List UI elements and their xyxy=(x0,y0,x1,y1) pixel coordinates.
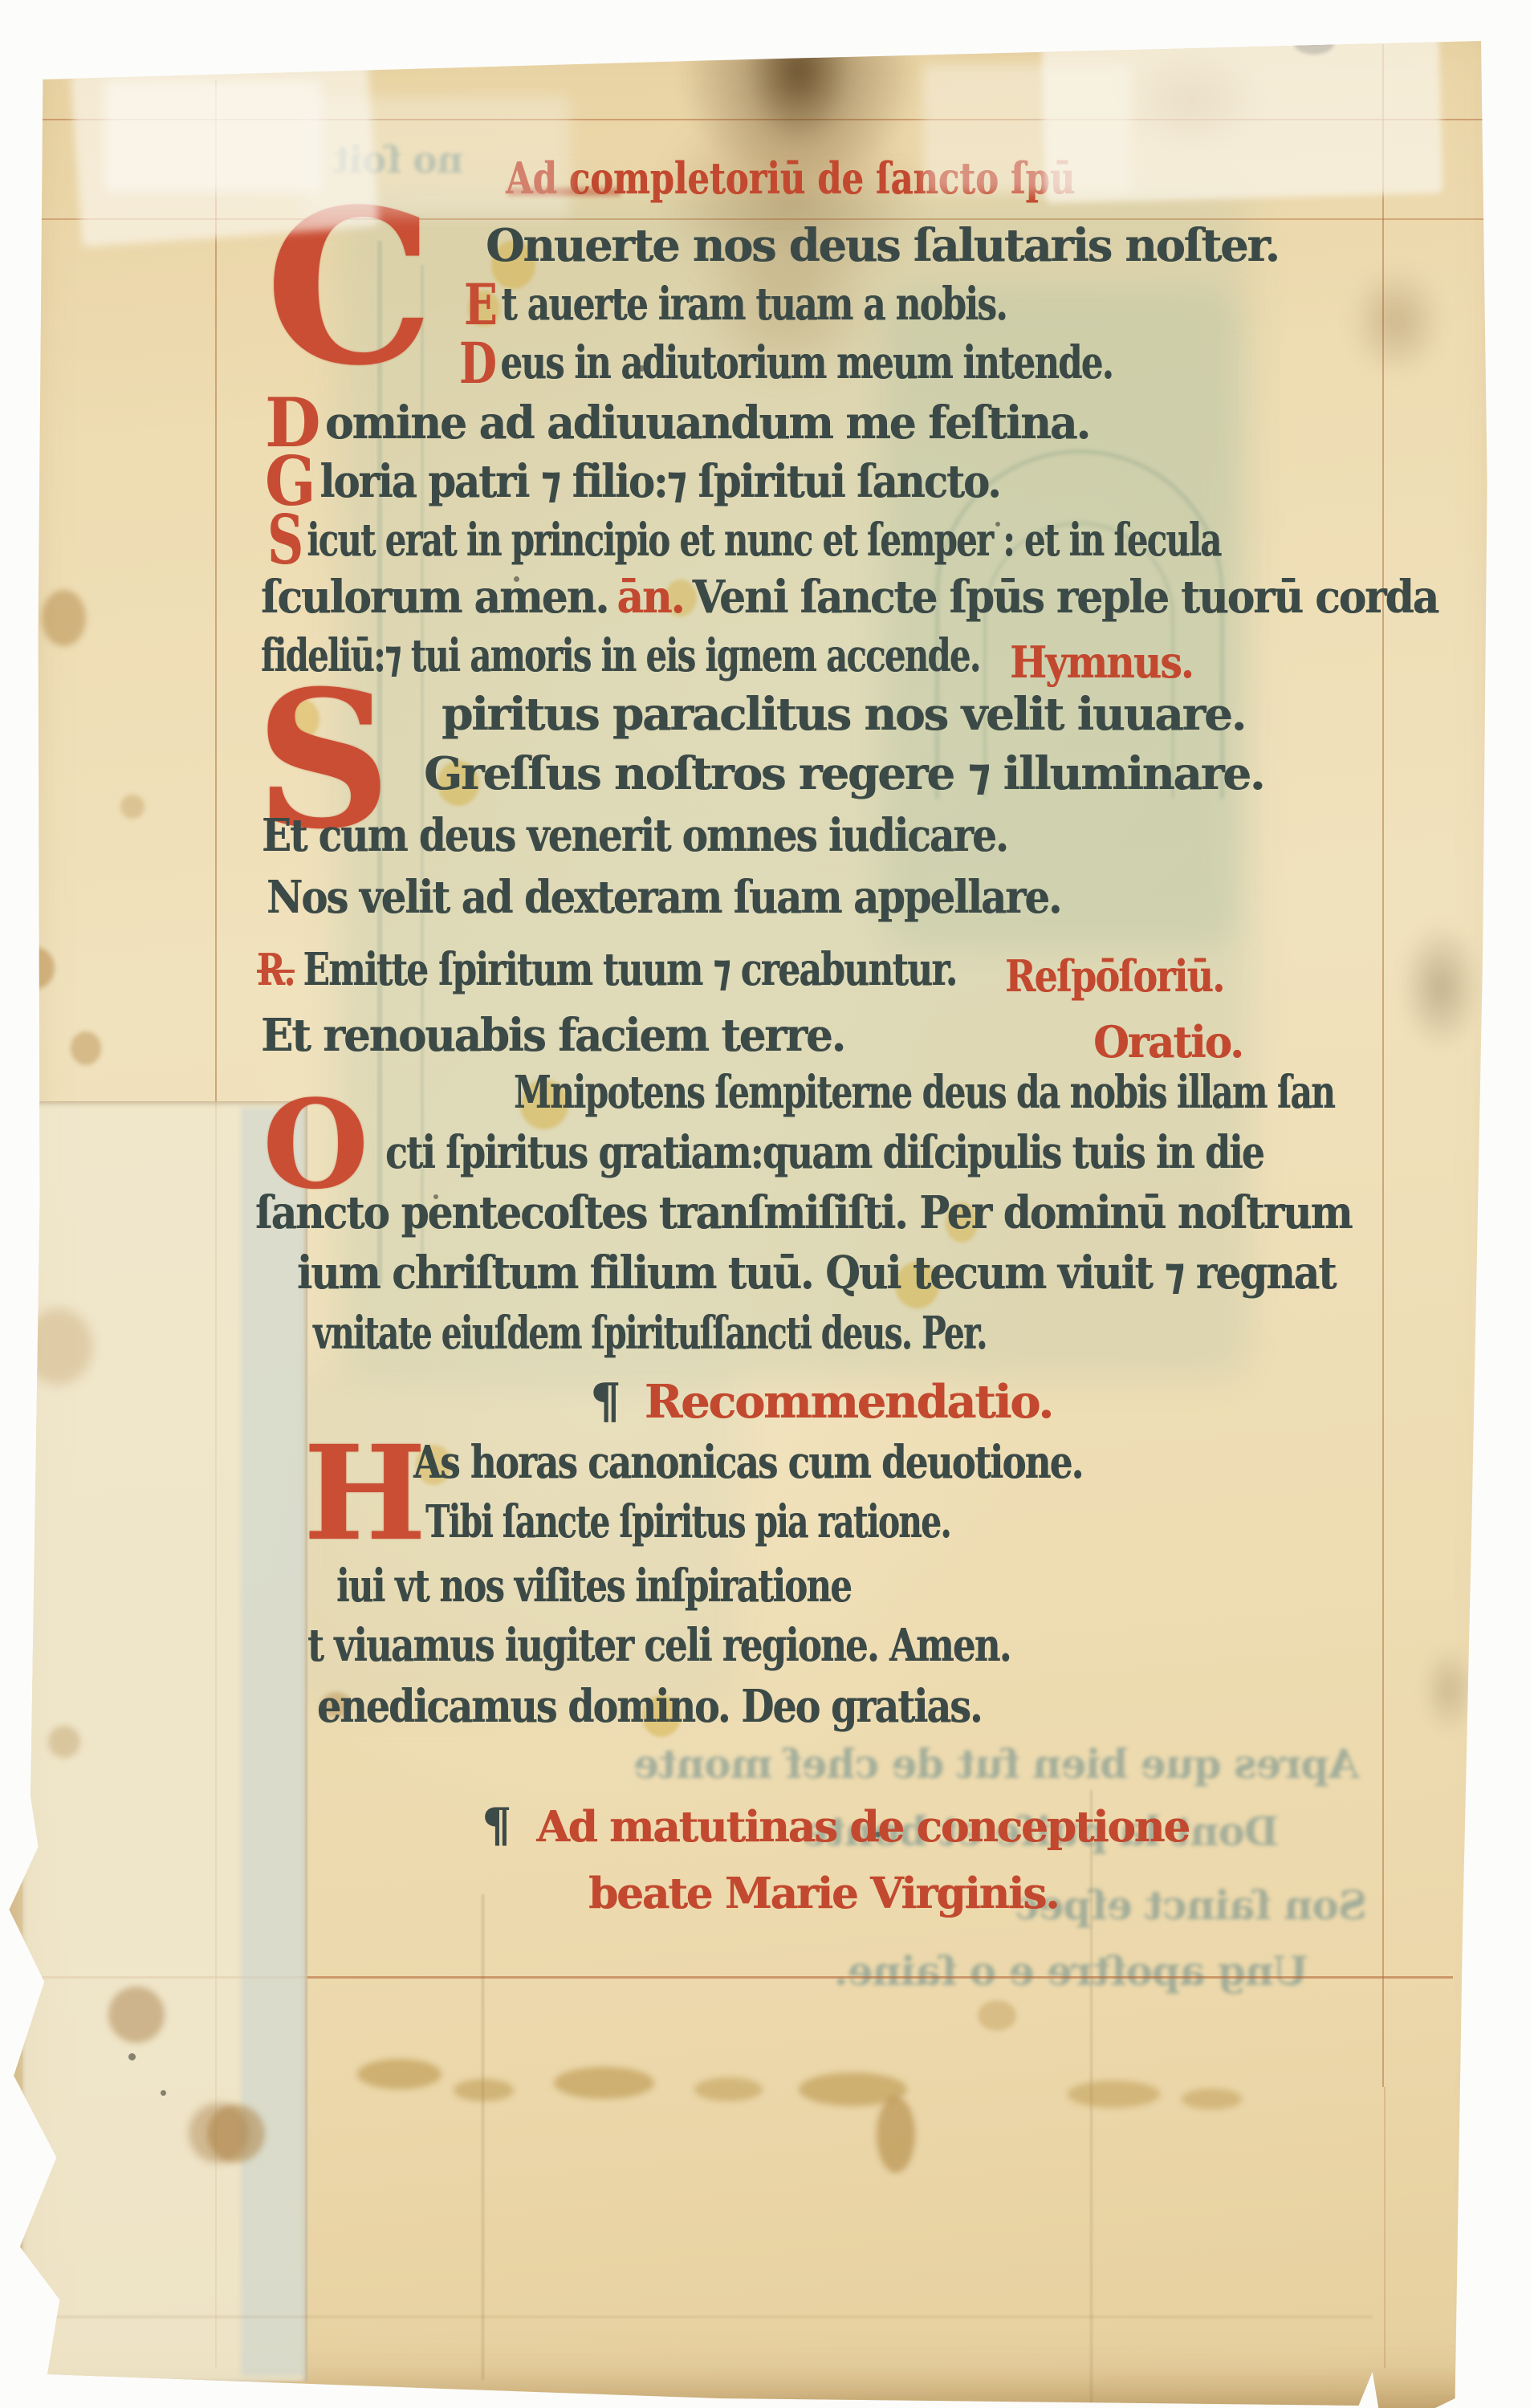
text-line: Domine ad adiuuandum me feſtina. xyxy=(265,399,1089,447)
show-through-text: Apres que bien fut de chef monte xyxy=(634,1740,1359,1788)
text-line: Greſſus noſtros regere ⁊ illuminare. xyxy=(424,751,1263,796)
section-title: Ad matutinas de conceptione xyxy=(536,1802,1189,1852)
line-text: As horas canonicas cum deuotione. xyxy=(413,1436,1083,1489)
line-text: Nos velit ad dexteram ſuam appellare. xyxy=(267,871,1060,924)
text-line: fideliū:⁊ tui amoris in eis ignem accend… xyxy=(261,633,980,678)
stain xyxy=(207,2105,265,2162)
stain xyxy=(120,795,144,819)
text-line: Mnipotens ſempiterne deus da nobis illam… xyxy=(514,1070,1334,1115)
pilcrow-icon: ¶ xyxy=(590,1373,619,1430)
line-text: omine ad adiuuandum me feſtina. xyxy=(325,397,1089,449)
text-line: Et renouabis faciem terre. xyxy=(261,1013,844,1058)
stain xyxy=(1421,1645,1477,1734)
stain xyxy=(877,2097,915,2173)
line-text: iui vt nos viſites inſpiratione xyxy=(336,1560,851,1613)
line-text: Emitte ſpiritum tuum ⁊ creabuntur. xyxy=(303,943,956,996)
line-text: loria patri ⁊ filio:⁊ ſpiritui ſancto. xyxy=(319,455,999,508)
text-line: As horas canonicas cum deuotione. xyxy=(413,1440,1083,1485)
text-line: enedicamus domino. Deo gratias. xyxy=(317,1684,982,1729)
stain xyxy=(24,1308,92,1385)
stain xyxy=(1182,2089,1242,2109)
line-text: Onuerte nos deus ſalutaris noſter. xyxy=(486,219,1279,272)
text-line: ium chriſtum filium tuū. Qui tecum viuit… xyxy=(297,1251,1335,1296)
line-text: t viuamus iugiter celi regione. Amen. xyxy=(307,1619,1011,1672)
drop-cap-h: H xyxy=(303,1445,426,1544)
line-text: Veni ſancte ſpūs reple tuorū corda xyxy=(693,571,1438,624)
paper-patch-band xyxy=(241,1108,305,2376)
line-text: vnitate eiuſdem ſpirituſſancti deus. Per… xyxy=(313,1307,987,1360)
red-initial: E xyxy=(464,271,496,338)
show-through-text: Son ſainct eſpec xyxy=(1015,1881,1367,1929)
stain xyxy=(71,1031,101,1065)
text-line: iui vt nos viſites inſpiratione xyxy=(336,1564,851,1609)
text-line: Et auerte iram tuam a nobis. xyxy=(464,282,1007,327)
line-text: piritus paraclitus nos velit iuuare. xyxy=(442,688,1245,741)
text-line: Nos velit ad dexteram ſuam appellare. xyxy=(267,875,1060,920)
text-line: Gloria patri ⁊ filio:⁊ ſpiritui ſancto. xyxy=(265,458,1000,506)
line-text: enedicamus domino. Deo gratias. xyxy=(317,1680,982,1733)
red-initial: D xyxy=(459,330,495,397)
text-line: Onuerte nos deus ſalutaris noſter. xyxy=(486,223,1279,268)
line-text: cti ſpiritus gratiam:quam diſcipulis tui… xyxy=(385,1126,1263,1179)
red-initial: S xyxy=(267,500,302,580)
rubric-label-responsorium: Reſpōſoriū. xyxy=(1005,950,1223,1002)
tape-residue-haze xyxy=(305,96,570,217)
text-line: vnitate eiuſdem ſpirituſſancti deus. Per… xyxy=(313,1311,987,1356)
crease xyxy=(482,1894,484,2380)
tape-residue-top-left xyxy=(104,80,321,193)
text-line: piritus paraclitus nos velit iuuare. xyxy=(442,692,1245,737)
text-line: ſancto pentecoſtes tranſmiſiſti. Per dom… xyxy=(255,1190,1351,1235)
text-line: Deus in adiutorium meum intende. xyxy=(459,340,1113,385)
stain xyxy=(1068,2081,1160,2108)
line-text: ium chriſtum filium tuū. Qui tecum viuit… xyxy=(297,1247,1335,1300)
show-through-text: Ung apoſtre e o ſaine. xyxy=(835,1947,1308,1995)
section-title: Recommendatio. xyxy=(645,1375,1052,1429)
scanned-leaf-page: no ſoit Apres que bien fut de chef monte… xyxy=(0,0,1530,2408)
line-text: Et renouabis faciem terre. xyxy=(261,1009,844,1062)
text-line: Et cum deus venerit omnes iudicare. xyxy=(262,813,1007,858)
stain xyxy=(554,2067,654,2099)
ruled-line-vertical xyxy=(1384,2087,1386,2368)
line-text: fideliū:⁊ tui amoris in eis ignem accend… xyxy=(261,629,980,682)
stain xyxy=(454,2079,514,2101)
line-text: ſculorum amen. xyxy=(261,571,608,624)
text-line: cti ſpiritus gratiam:quam diſcipulis tui… xyxy=(385,1130,1263,1175)
line-text: eus in adiutorium meum intende. xyxy=(500,336,1113,389)
line-text: Mnipotens ſempiterne deus da nobis illam… xyxy=(514,1066,1334,1119)
stain xyxy=(48,1726,80,1758)
text-line: t viuamus iugiter celi regione. Amen. xyxy=(307,1623,1011,1668)
crease xyxy=(48,2316,1373,2318)
rubric-label-hymnus: Hymnus. xyxy=(1010,637,1193,688)
text-line: ſculorum amen.ān.Veni ſancte ſpūs reple … xyxy=(261,575,1438,620)
stain xyxy=(357,2059,442,2089)
stain xyxy=(1349,265,1445,377)
manuscript-leaf: no ſoit Apres que bien fut de chef monte… xyxy=(0,0,1530,2408)
responsory-sign: R. xyxy=(257,944,295,995)
rubric-label-oratio: Oratio. xyxy=(1093,1016,1243,1068)
ink-speck xyxy=(128,2053,136,2060)
tape-residue-top-right xyxy=(923,64,1132,193)
stain xyxy=(978,2000,1016,2031)
stain xyxy=(42,590,86,646)
section-heading-matutinas-line2: beate Marie Virginis. xyxy=(588,1873,1058,1915)
line-text: Tibi ſancte ſpiritus pia ratione. xyxy=(425,1495,950,1548)
drop-cap-o: O xyxy=(262,1098,368,1191)
stain xyxy=(694,2077,763,2101)
antiphon-abbrev: ān. xyxy=(616,571,683,624)
line-text: icut erat in principio et nunc et ſemper… xyxy=(307,514,1220,567)
text-line: Tibi ſancte ſpiritus pia ratione. xyxy=(425,1499,950,1544)
stain xyxy=(1401,923,1481,1051)
ink-speck xyxy=(161,2090,166,2096)
line-text: t auerte iram tuam a nobis. xyxy=(501,278,1007,331)
line-text: Et cum deus venerit omnes iudicare. xyxy=(262,809,1007,862)
text-line: R.Emitte ſpiritum tuum ⁊ creabuntur. xyxy=(257,947,956,992)
stain xyxy=(16,947,55,989)
stain xyxy=(108,1987,165,2043)
line-text: ſancto pentecoſtes tranſmiſiſti. Per dom… xyxy=(255,1186,1351,1239)
section-heading-recommendatio: ¶ Recommendatio. xyxy=(590,1377,1052,1426)
line-text: Greſſus noſtros regere ⁊ illuminare. xyxy=(424,747,1263,800)
pilcrow-icon: ¶ xyxy=(482,1798,510,1853)
section-heading-matutinas: ¶ Ad matutinas de conceptione xyxy=(482,1802,1189,1849)
text-line: Sicut erat in principio et nunc et ſempe… xyxy=(267,516,1221,564)
